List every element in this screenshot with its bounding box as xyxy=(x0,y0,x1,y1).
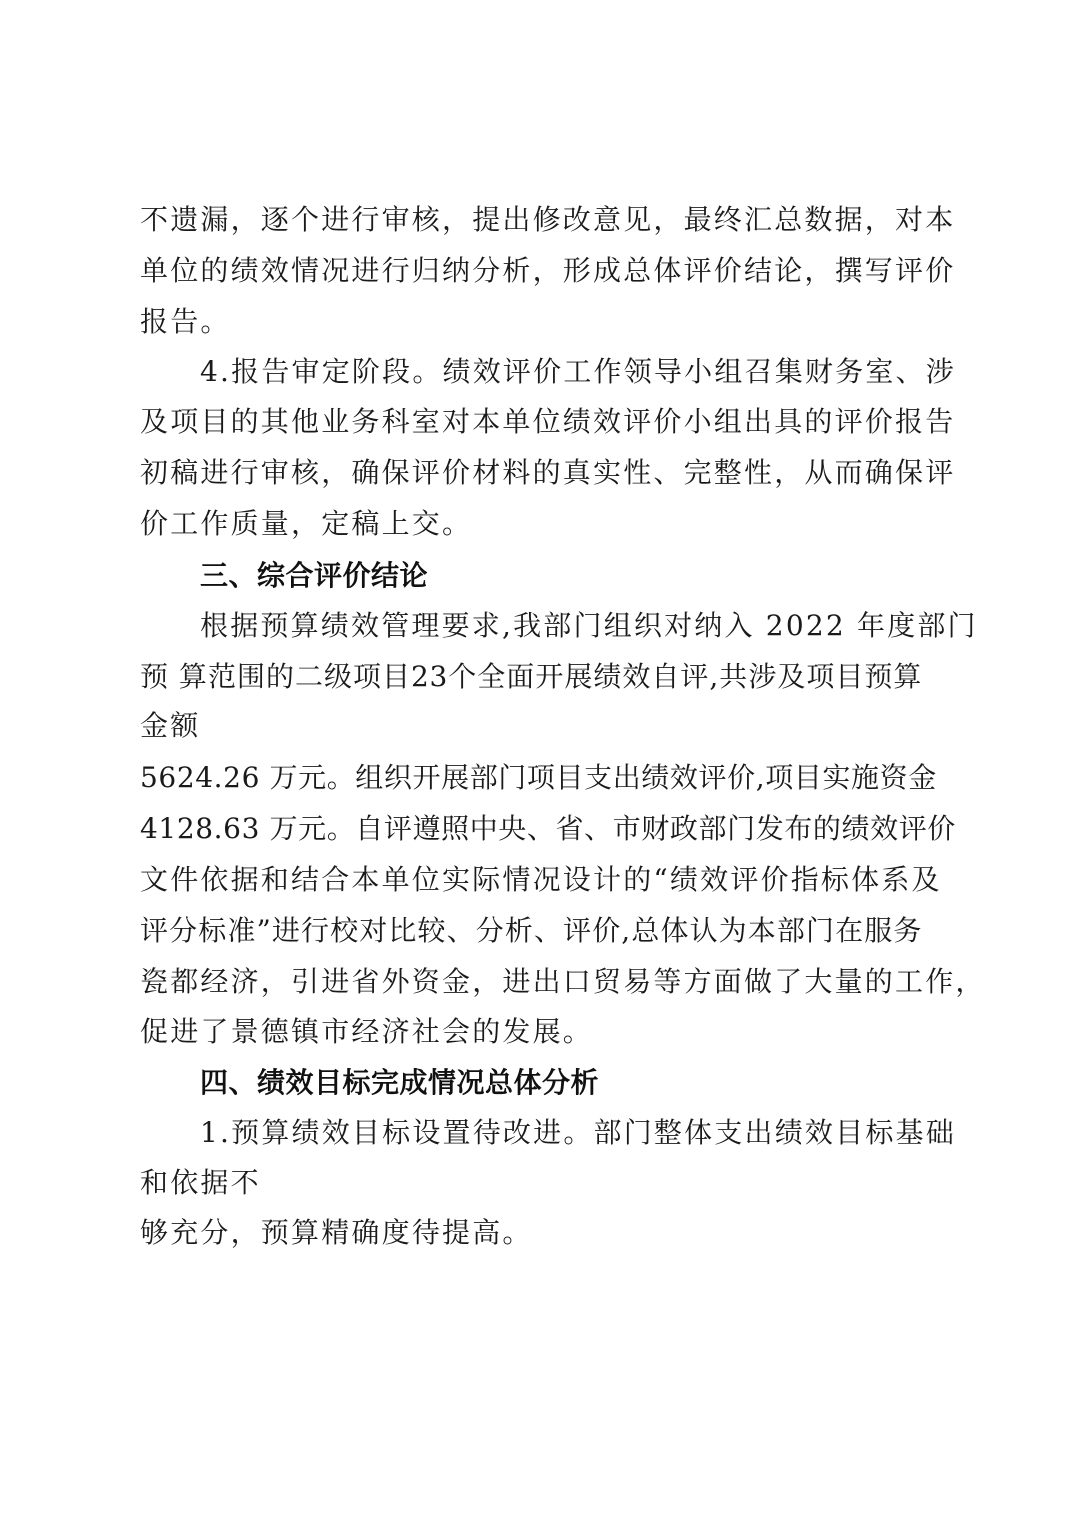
paragraph-line: 不遗漏，逐个进行审核，提出修改意见，最终汇总数据，对本 xyxy=(140,202,922,238)
section-heading: 四、绩效目标完成情况总体分析 xyxy=(200,1065,599,1101)
paragraph-line: 根据预算绩效管理要求,我部门组织对纳入 2022 年度部门 xyxy=(200,608,922,644)
paragraph-line: 瓷都经济，引进省外资金，进出口贸易等方面做了大量的工作， xyxy=(140,964,922,1000)
paragraph-line: 及项目的其他业务科室对本单位绩效评价小组出具的评价报告 xyxy=(140,404,922,440)
paragraph-line: 初稿进行审核，确保评价材料的真实性、完整性，从而确保评 xyxy=(140,455,922,491)
section-heading: 三、综合评价结论 xyxy=(200,558,428,594)
paragraph-line: 金额 xyxy=(140,708,200,744)
paragraph-line: 1.预算绩效目标设置待改进。部门整体支出绩效目标基础 xyxy=(200,1115,922,1151)
paragraph-line: 价工作质量，定稿上交。 xyxy=(140,506,472,542)
paragraph-line: 评分标准”进行校对比较、分析、评价,总体认为本部门在服务 xyxy=(140,913,922,949)
paragraph-line: 促进了景德镇市经济社会的发展。 xyxy=(140,1014,593,1050)
paragraph-line: 4128.63 万元。自评遵照中央、省、市财政部门发布的绩效评价 xyxy=(140,811,922,847)
document-page: 不遗漏，逐个进行审核，提出修改意见，最终汇总数据，对本 单位的绩效情况进行归纳分… xyxy=(0,0,1074,1520)
paragraph-line: 5624.26 万元。组织开展部门项目支出绩效评价,项目实施资金 xyxy=(140,760,922,796)
paragraph-line: 文件依据和结合本单位实际情况设计的“绩效评价指标体系及 xyxy=(140,862,922,898)
paragraph-line: 和依据不 xyxy=(140,1165,261,1201)
paragraph-line: 单位的绩效情况进行归纳分析，形成总体评价结论，撰写评价 xyxy=(140,253,922,289)
paragraph-line: 报告。 xyxy=(140,304,231,340)
paragraph-line: 预 算范围的二级项目23个全面开展绩效自评,共涉及项目预算 xyxy=(140,659,922,695)
paragraph-line: 够充分，预算精确度待提高。 xyxy=(140,1215,533,1251)
paragraph-line: 4.报告审定阶段。绩效评价工作领导小组召集财务室、涉 xyxy=(200,354,922,390)
